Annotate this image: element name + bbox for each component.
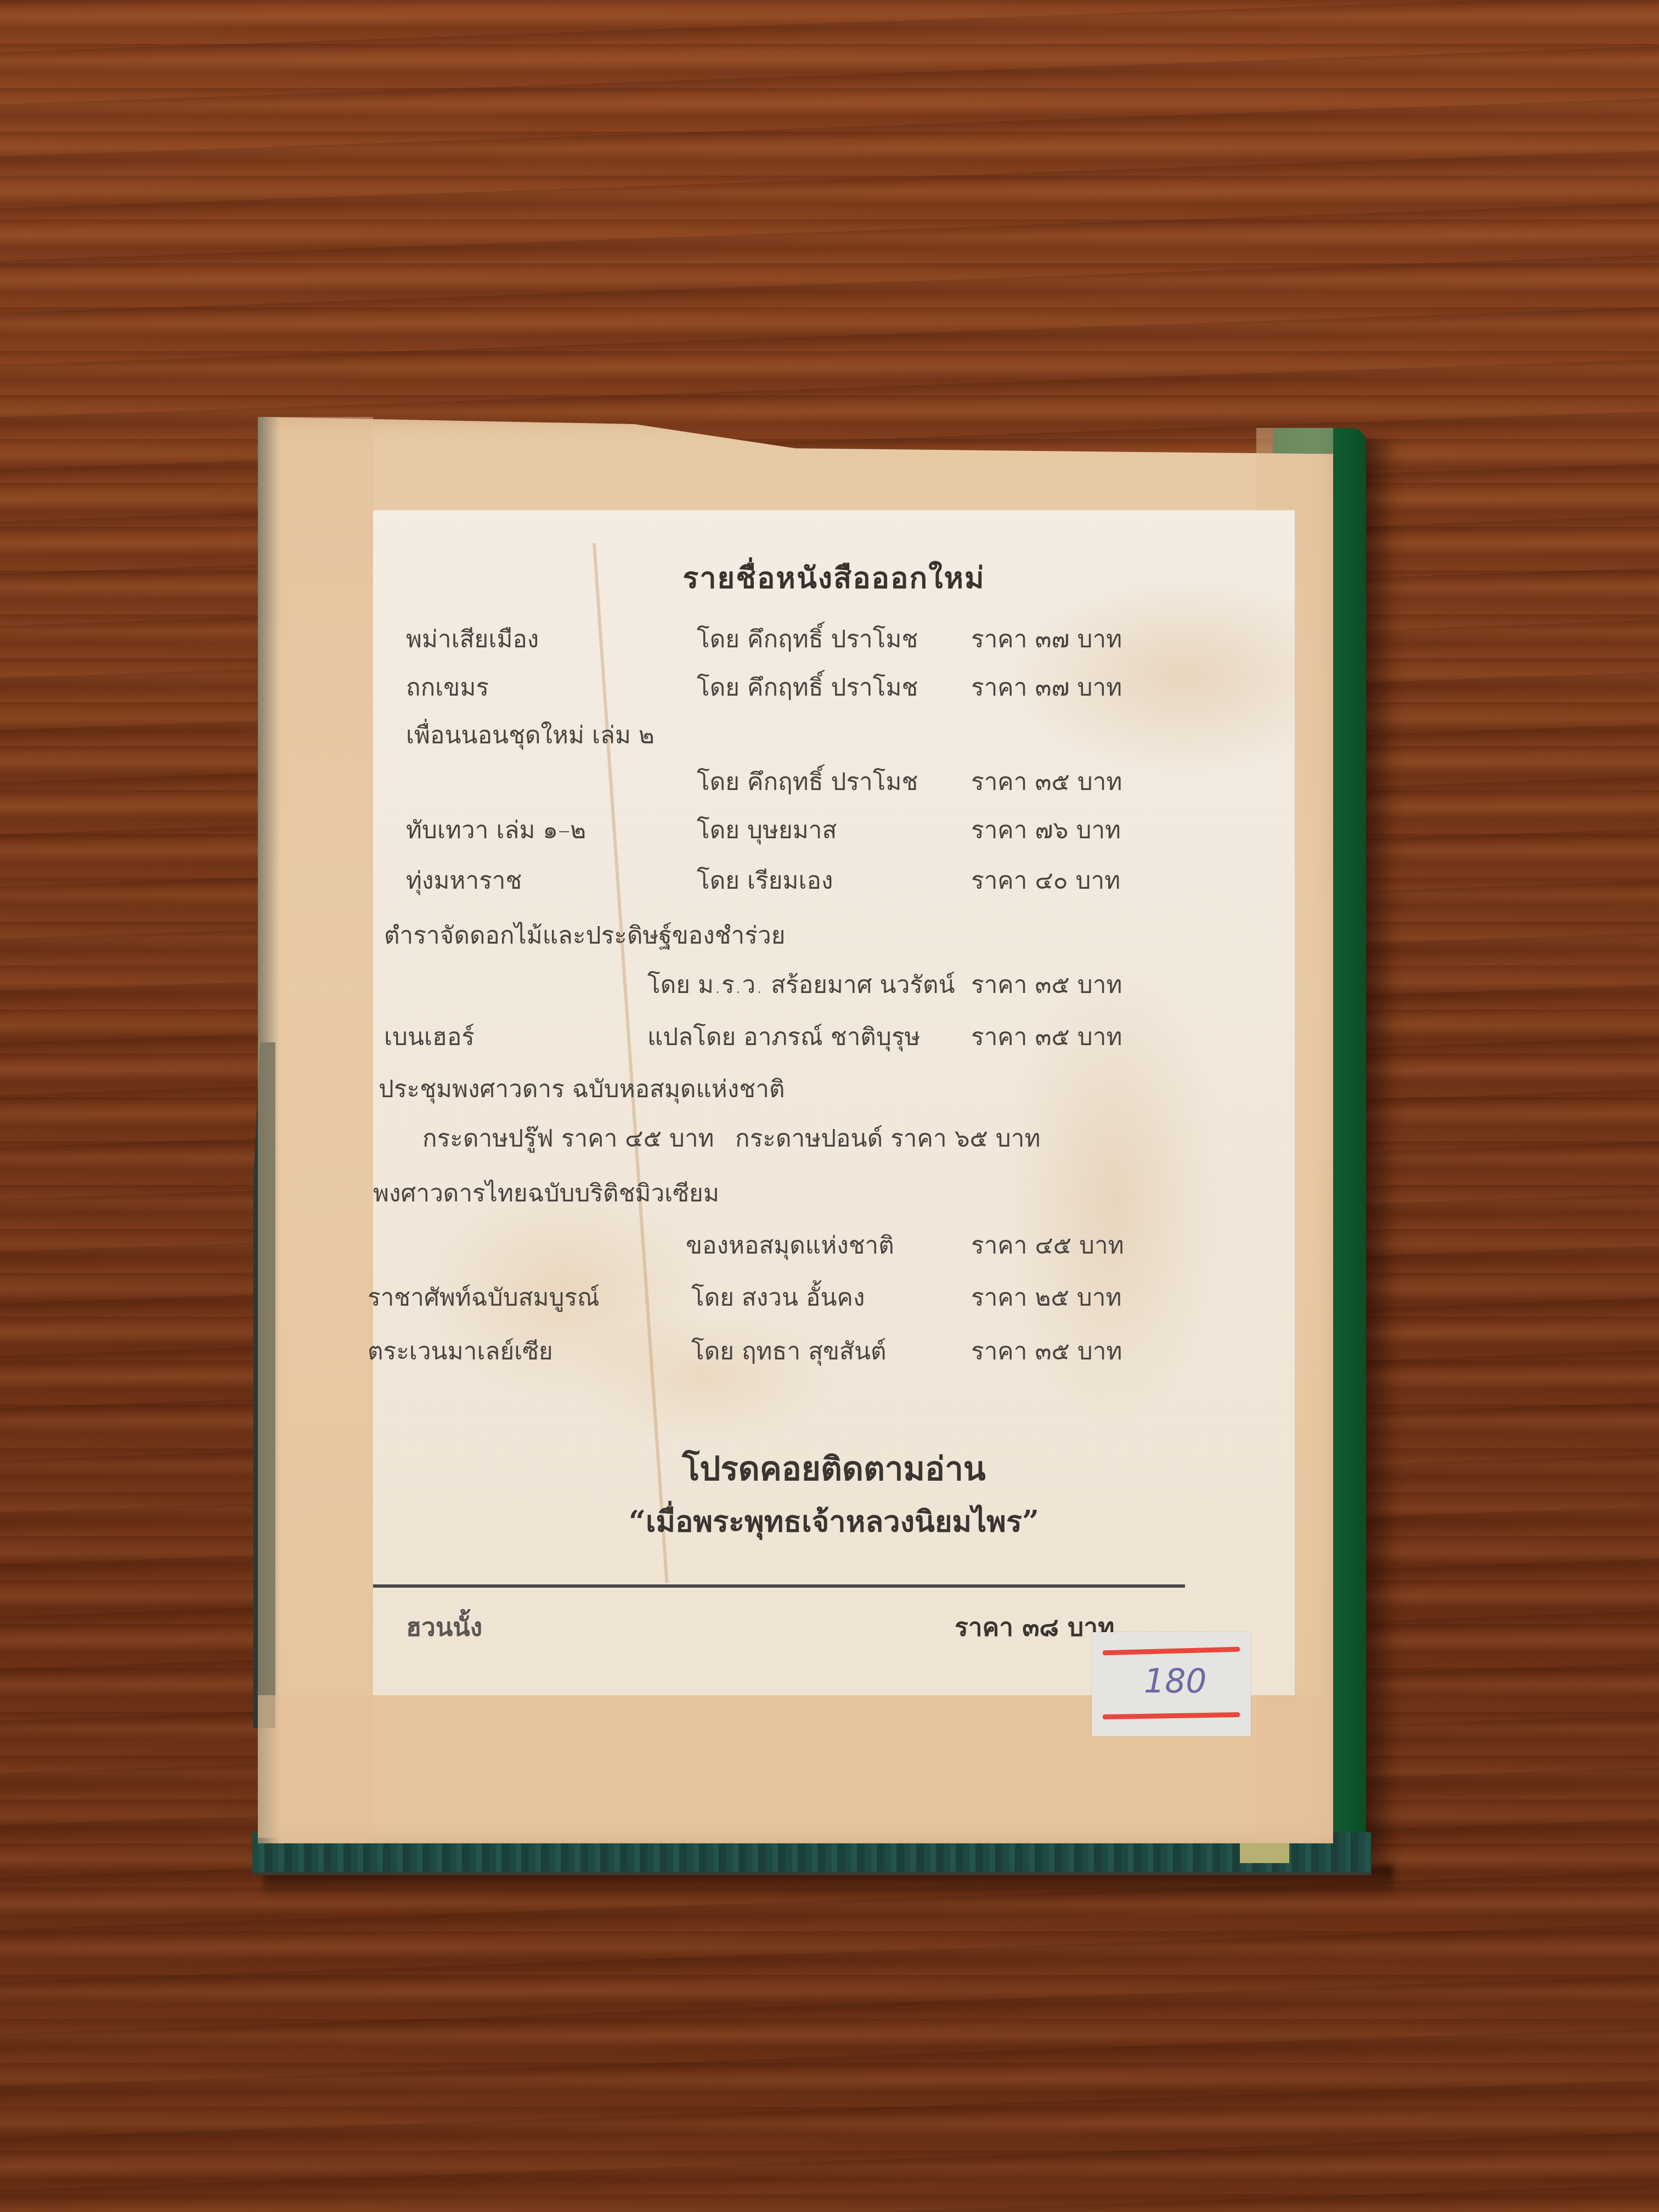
list-item: ตำราจัดดอกไม้และประดิษฐ์ของชำร่วย: [373, 916, 1295, 960]
list-item: เพื่อนนอนชุดใหม่ เล่ม ๒: [373, 716, 1295, 760]
list-item: ทุ่งมหาราช โดย เรียมเอง ราคา ๔๐ บาท: [373, 861, 1295, 905]
book-list-heading: รายชื่อหนังสือออกใหม่: [373, 554, 1295, 601]
list-item: เบนเฮอร์ แปลโดย อาภรณ์ ชาติบุรุษ ราคา ๓๕…: [373, 1018, 1295, 1062]
list-item-continuation: ของหอสมุดแห่งชาติ ราคา ๔๕ บาท: [373, 1226, 1295, 1270]
promo-upcoming-title: “เมื่อพระพุทธเจ้าหลวงนิยมไพร”: [373, 1498, 1295, 1545]
list-item: ราชาศัพท์ฉบับสมบูรณ์ โดย สงวน อั้นคง ราค…: [373, 1278, 1295, 1322]
book-list-label: รายชื่อหนังสือออกใหม่ พม่าเสียเมือง โดย …: [373, 510, 1295, 1695]
list-item-continuation: โดย ม.ร.ว. สร้อยมาศ นวรัตน์ ราคา ๓๕ บาท: [373, 966, 1295, 1009]
sticker-red-line: [1103, 1647, 1240, 1656]
list-item: ตระเวนมาเลย์เซีย โดย ฤทธา สุขสันต์ ราคา …: [373, 1332, 1295, 1376]
list-item: ทับเทวา เล่ม ๑–๒ โดย บุษยมาส ราคา ๗๖ บาท: [373, 811, 1295, 855]
cover-tape-left: [258, 417, 373, 1843]
list-item: ถกเขมร โดย คึกฤทธิ์ ปราโมช ราคา ๓๗ บาท: [373, 668, 1295, 712]
promo-heading: โปรดคอยติดตามอ่าน: [373, 1443, 1295, 1495]
list-item-continuation: โดย คึกฤทธิ์ ปราโมช ราคา ๓๕ บาท: [373, 763, 1295, 806]
sticker-price-value: 180: [1144, 1662, 1207, 1701]
list-item: ประชุมพงศาวดาร ฉบับหอสมุดแห่งชาติ: [373, 1070, 1295, 1114]
publisher-name: ฮวนนั้ง: [406, 1607, 482, 1647]
divider-rule: [373, 1584, 1185, 1588]
cover-price: ราคา ๓๘ บาท: [955, 1607, 1114, 1647]
list-item-continuation: กระดาษปรู๊ฟ ราคา ๔๕ บาท กระดาษปอนด์ ราคา…: [373, 1119, 1295, 1163]
list-item: พงศาวดารไทยฉบับบริติชมิวเซียม: [373, 1174, 1295, 1218]
list-item: พม่าเสียเมือง โดย คึกฤทธิ์ ปราโมช ราคา ๓…: [373, 620, 1295, 664]
sticker-red-line: [1103, 1712, 1240, 1719]
price-sticker: 180: [1092, 1632, 1251, 1736]
